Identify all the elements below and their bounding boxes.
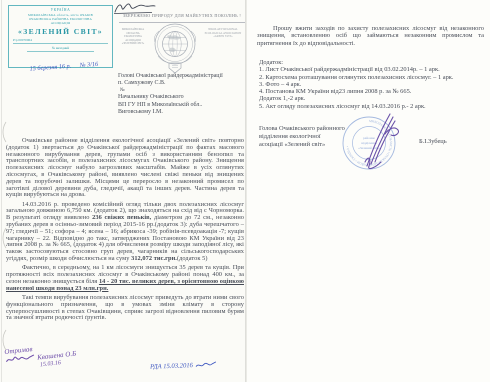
request-paragraph: Прошу вжити заходів по захисту полезахис… (257, 25, 484, 47)
paragraph-1-text: Очаківське районне відділення екологічно… (6, 137, 244, 198)
handwritten-outgoing-date: 15 березня 16 р. № 3/16 (9, 59, 119, 74)
paragraph-4: Такі темпи вирубування полезахисних лісо… (6, 295, 244, 322)
attachment-item: Додаток 1,-2 арк. (259, 95, 485, 102)
paragraph-3: Фактично, в середньому, на 1 км лісосмуг… (6, 265, 244, 292)
received-note: Отримав Квашена О.Б 15.03.16 (4, 341, 77, 373)
handwritten-number: № 3/16 (79, 61, 98, 69)
addressee-line: Голові Очаківської райдержадміністрації (118, 73, 247, 80)
letter-body: Очаківське районне відділення екологічно… (6, 138, 244, 325)
rda-flourish (194, 361, 216, 370)
slogan: ЗБЕРЕЖЕМО ПРИРОДУ ДЛЯ МАЙБУТНІХ ПОКОЛІНЬ… (119, 13, 245, 18)
attachments-label: Додаток: (259, 59, 485, 66)
emblem-right-caption: Nikolaev regional ecological association… (203, 28, 243, 39)
emblem-left-caption: Миколаївська обласна екологічна асоціаці… (119, 28, 147, 46)
paragraph-2-text: діаметром до 72 см., незаконно зрубаних … (6, 214, 244, 262)
right-page: Прошу вжити заходів по захисту полезахис… (247, 0, 490, 382)
paragraph-4-text: Такі темпи вирубування полезахисних лісо… (6, 294, 244, 321)
attachment-item: 2. Картосхема розташування оглянутих пол… (259, 74, 485, 81)
addressee-line: п. Самхужову С.В. (118, 80, 247, 87)
stamp-org-line2: АСОЦІАЦІЯ (9, 21, 112, 25)
addressee-mark: № (120, 88, 247, 93)
addressee-block: Голові Очаківської райдержадміністрації … (118, 73, 247, 116)
rda-note: РДА 15.03.2016 (150, 361, 217, 371)
received-signature-squiggle (5, 353, 36, 365)
addressee-line: Начальнику Очаківського (118, 94, 247, 101)
signature-stroke (345, 104, 407, 174)
signer-name: Б.І.Зубець (419, 138, 447, 146)
stamp-org-title: «ЗЕЛЕНИЙ СВІТ» (9, 27, 112, 36)
paragraph-1: Очаківське районне відділення екологічно… (6, 138, 244, 199)
attachment-item: 4. Постанова КМ України від23 липня 2008… (259, 88, 485, 95)
stamp-account-line: Р/р 00070064 (13, 38, 108, 44)
addressee-line: Виговському І.М. (118, 109, 247, 116)
attachments-list: Додаток: 1. Лист Очаківської райдержадмі… (259, 59, 485, 110)
paragraph-2-text: (додаток 5) (177, 255, 208, 262)
left-page: УКРАЇНА МИКОЛАЇВСЬКА область, місто ОЧАК… (0, 0, 247, 382)
fold-mark (0, 0, 8, 382)
globe-emblem (146, 22, 204, 74)
attachment-item: 3. Фото – 4 арк. (259, 81, 485, 88)
scanned-letter: УКРАЇНА МИКОЛАЇВСЬКА область, місто ОЧАК… (0, 0, 490, 382)
stamp-country: УКРАЇНА (9, 8, 112, 12)
paragraph-2-bold-sum: 312,072 тис.грн. (131, 255, 177, 262)
addressee-line: ВП ГУ НП в Миколаївській обл.. (118, 102, 247, 109)
attachment-item: 1. Лист Очаківської райдержадміністрації… (259, 66, 485, 73)
handwritten-date: 15 березня 16 р. (29, 63, 71, 73)
stamp-outgoing-label: № вихідний (27, 46, 94, 52)
org-corner-stamp: УКРАЇНА МИКОЛАЇВСЬКА область, місто ОЧАК… (8, 5, 113, 68)
paragraph-2: 14.03.2016 р. проведено комісійний огляд… (6, 202, 244, 263)
rda-note-text: РДА 15.03.2016 (150, 362, 193, 370)
